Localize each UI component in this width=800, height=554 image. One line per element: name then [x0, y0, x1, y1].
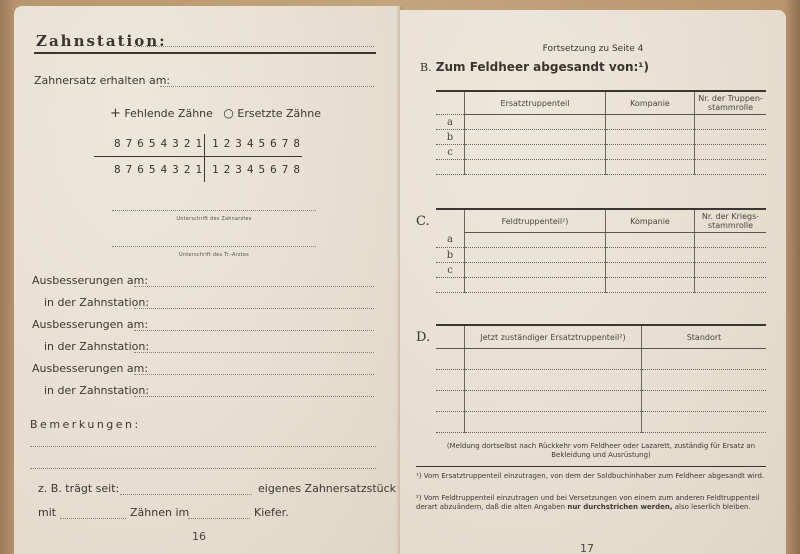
table-row: a: [436, 115, 766, 130]
wears-since-field[interactable]: [120, 494, 252, 495]
jaw-divider: [94, 156, 302, 157]
col-current-replacement-unit: Jetzt zuständiger Ersatztruppenteil²): [465, 326, 642, 349]
repairs-date-field-2[interactable]: [134, 330, 374, 331]
circle-icon: ○: [223, 106, 233, 120]
teeth-in-label: Zähnen im: [130, 506, 189, 519]
table-row: [436, 370, 766, 391]
dentist-signature-field[interactable]: [112, 210, 316, 211]
section-c-table: Feldtruppenteil²) Kompanie Nr. der Krieg…: [436, 210, 766, 293]
col-troop-roll-number: Nr. der Truppen-stammrolle: [695, 92, 767, 115]
repairs-date-label-2: Ausbesserungen am:: [32, 318, 148, 331]
repairs-station-field-1[interactable]: [134, 308, 374, 309]
continuation-heading: Fortsetzung zu Seite 4: [400, 44, 786, 54]
page-number-16: 16: [192, 530, 206, 543]
table-row: [436, 412, 766, 433]
col-field-unit: Feldtruppenteil²): [465, 210, 606, 233]
repairs-date-label-3: Ausbesserungen am:: [32, 362, 148, 375]
table-row: c: [436, 263, 766, 278]
jaw-label: Kiefer.: [254, 506, 289, 519]
repairs-date-label-1: Ausbesserungen am:: [32, 274, 148, 287]
table-row: [436, 278, 766, 293]
prosthesis-received-label: Zahnersatz erhalten am:: [34, 74, 170, 87]
dental-station-field[interactable]: [134, 46, 374, 47]
page-16: Zahnstation: Zahnersatz erhalten am: + F…: [14, 6, 400, 554]
section-d-table: Jetzt zuständiger Ersatztruppenteil²) St…: [436, 326, 766, 433]
report-notice: (Meldung dortselbst nach Rückkehr vom Fe…: [436, 442, 766, 460]
table-row: [436, 391, 766, 412]
lower-left-teeth[interactable]: 87654321: [114, 163, 207, 176]
page-17: Fortsetzung zu Seite 4 B. Zum Feldheer a…: [400, 10, 786, 554]
table-row: b: [436, 130, 766, 145]
section-b-heading: B. Zum Feldheer abgesandt von:¹): [420, 60, 649, 74]
dental-station-title: Zahnstation:: [36, 32, 167, 50]
doctor-signature-field[interactable]: [112, 246, 316, 247]
col-replacement-unit: Ersatztruppenteil: [465, 92, 606, 115]
doctor-signature-caption: Unterschrift des Tr.-Arztes: [112, 252, 316, 258]
col-location: Standort: [642, 326, 767, 349]
upper-right-teeth[interactable]: 12345678: [212, 137, 305, 150]
own-prosthesis-label: eigenes Zahnersatzstück: [258, 482, 396, 495]
repairs-station-field-2[interactable]: [134, 352, 374, 353]
page-number-17: 17: [580, 542, 594, 554]
section-d-letter: D.: [416, 330, 430, 345]
col-company: Kompanie: [606, 92, 695, 115]
footnote-1: ¹) Vom Ersatztruppenteil einzutragen, vo…: [416, 472, 766, 481]
section-b-letter: B.: [420, 61, 432, 74]
section-b-title: Zum Feldheer abgesandt von:¹): [436, 60, 649, 74]
dentist-signature-caption: Unterschrift des Zahnarztes: [112, 216, 316, 222]
missing-teeth-label: Fehlende Zähne: [124, 107, 213, 120]
col-war-roll-number: Nr. der Kriegs-stammrolle: [695, 210, 767, 233]
teeth-count-field[interactable]: [60, 518, 126, 519]
prosthesis-received-field[interactable]: [160, 86, 374, 87]
repairs-date-field-3[interactable]: [134, 374, 374, 375]
footnote-2-emphasis: nur durchstrichen werden,: [567, 503, 672, 511]
section-c-letter: C.: [416, 214, 430, 229]
title-rule: [34, 52, 376, 54]
with-label: mit: [38, 506, 56, 519]
repairs-date-field-1[interactable]: [134, 286, 374, 287]
remarks-label: Bemerkungen:: [30, 418, 141, 431]
repairs-station-field-3[interactable]: [134, 396, 374, 397]
section-b-table: Ersatztruppenteil Kompanie Nr. der Trupp…: [436, 92, 766, 175]
tooth-legend: + Fehlende Zähne ○ Ersetzte Zähne: [110, 106, 321, 121]
table-row: b: [436, 248, 766, 263]
table-row: [436, 160, 766, 175]
wears-since-label: z. B. trägt seit:: [38, 482, 119, 495]
col-company: Kompanie: [606, 210, 695, 233]
table-row: c: [436, 145, 766, 160]
replaced-teeth-label: Ersetzte Zähne: [237, 107, 321, 120]
footnote-rule: [416, 466, 766, 467]
upper-left-teeth[interactable]: 87654321: [114, 137, 207, 150]
table-row: [436, 349, 766, 370]
remarks-field-1[interactable]: [30, 446, 376, 447]
remarks-field-2[interactable]: [30, 468, 376, 469]
jaw-field[interactable]: [188, 518, 250, 519]
table-row: a: [436, 233, 766, 248]
footnote-2: ²) Vom Feldtruppenteil einzutragen und b…: [416, 494, 766, 512]
plus-icon: +: [110, 106, 121, 121]
lower-right-teeth[interactable]: 12345678: [212, 163, 305, 176]
